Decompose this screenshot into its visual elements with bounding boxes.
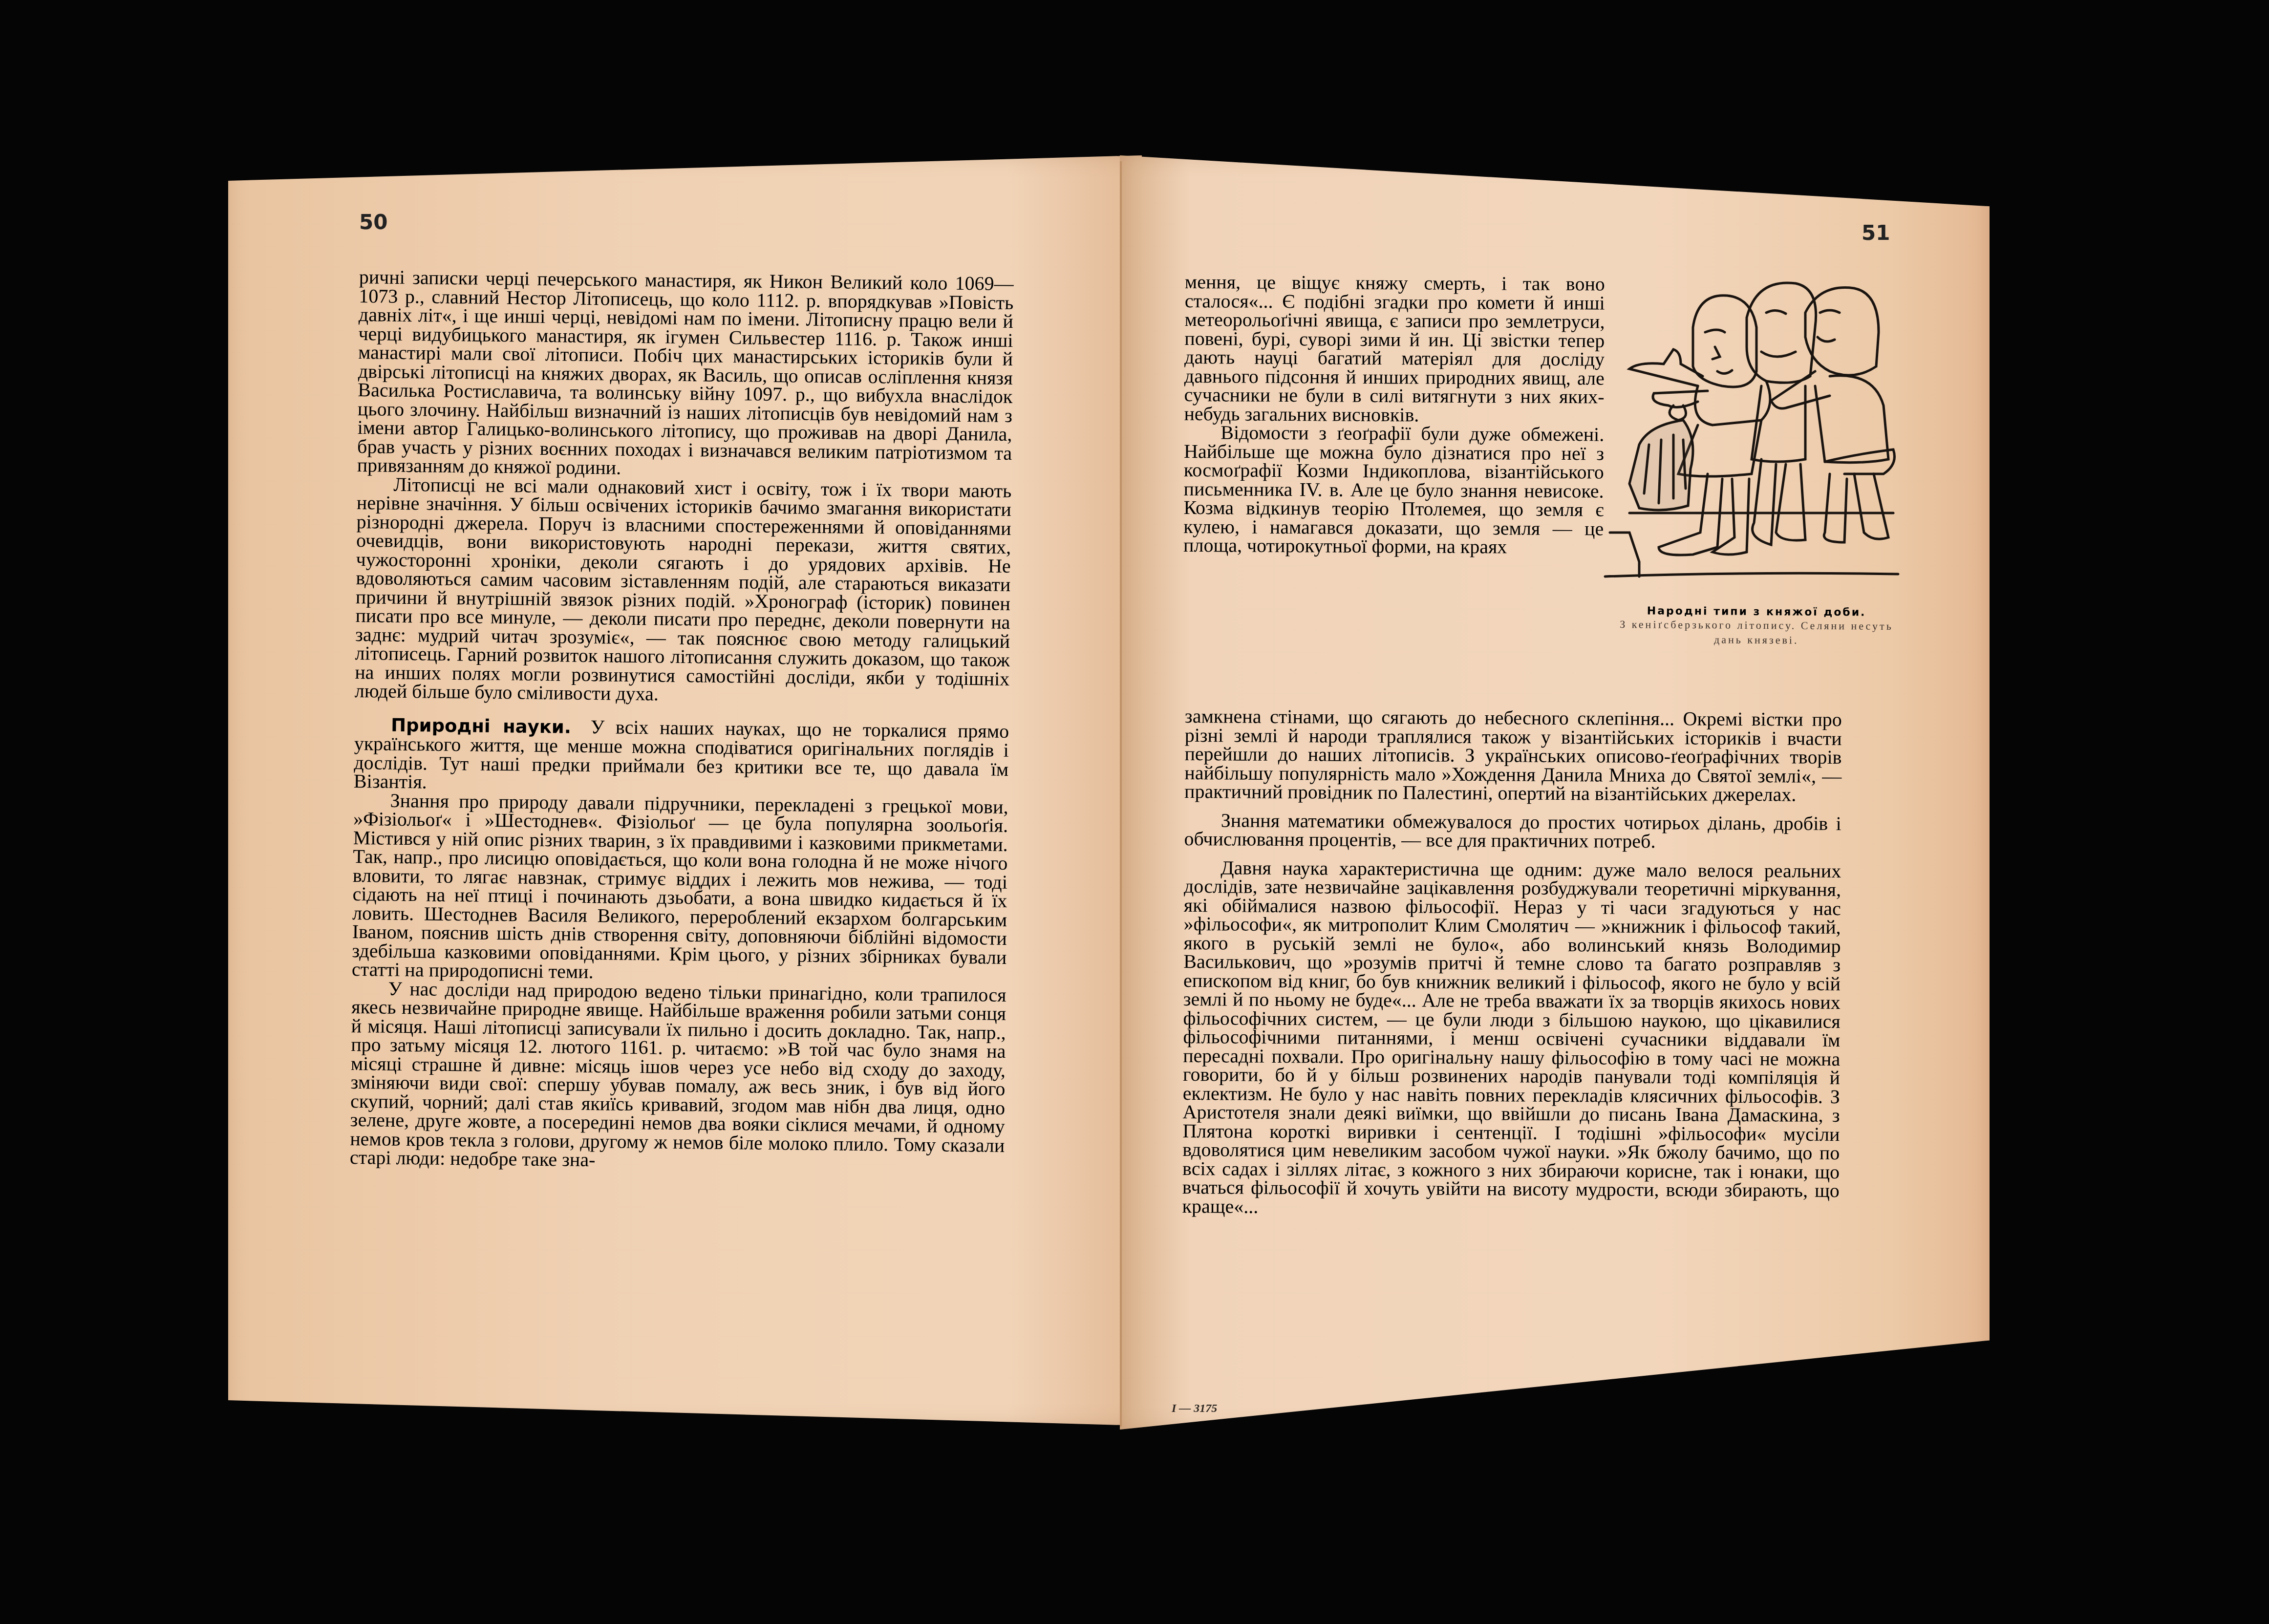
printer-signature-mark: I — 3175 [1172,1402,1217,1415]
book-spine [1120,161,1122,1427]
figure-caption-text: З кеніґсберзького літопису. Селяни несут… [1605,617,1908,648]
paragraph: Знання про природу давали підручники, пе… [352,791,1008,985]
paragraph: Знання математики обмежувалося до прости… [1184,811,1841,852]
paragraph: Відомости з ґеоґрафії були дуже обмежені… [1183,423,1604,557]
section-paragraph: Природні науки.У всіх наших науках, що н… [354,715,1009,797]
page-number-left: 50 [359,210,387,234]
page-number-right: 51 [1862,221,1890,245]
right-page-column-beside-figure: мення, це віщує княжу смерть, і так воно… [1183,273,1605,557]
paragraph: мення, це віщує княжу смерть, і так воно… [1184,273,1605,425]
paragraph: Давня наука характеристична ще одним: ду… [1182,858,1841,1219]
left-page-body: ричні записки черці печерського манастир… [350,268,1014,1174]
right-page-body: замкнена стінами, що сягають до небесног… [1182,707,1842,1219]
figure-caption: Народні типи з княжої доби. З кеніґсберз… [1605,605,1908,648]
paragraph: ричні записки черці печерського манастир… [357,268,1014,482]
paragraph: замкнена стінами, що сягають до небесног… [1184,707,1842,805]
paragraph: У нас досліди над природою ведено тільки… [350,979,1006,1174]
paragraph: Літописці не всі мали однаковий хист і о… [355,474,1012,707]
medieval-illustration-icon [1600,259,1908,630]
